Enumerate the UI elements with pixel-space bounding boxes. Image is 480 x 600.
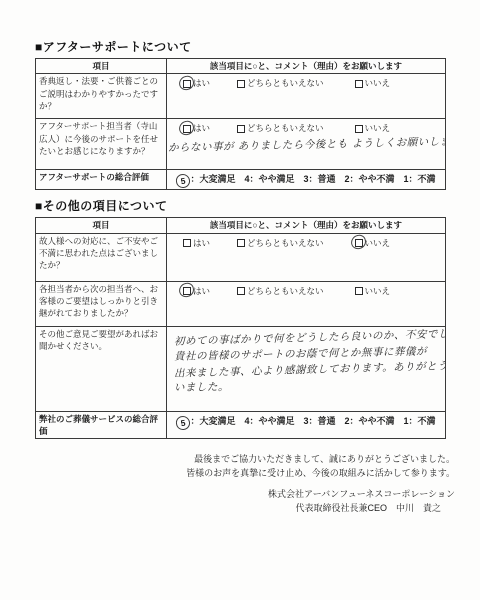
checkbox-circled — [182, 286, 191, 295]
company-name: 株式会社アーバンフューネスコーポレーション — [0, 488, 455, 502]
checkbox-icon — [237, 125, 245, 133]
column-header-response: 該当項目に○と、コメント（理由）をお願いします — [167, 218, 446, 233]
question-label: 香典返し・法要・ご供養ごとのご説明はわかりやすかったですか？ — [36, 74, 167, 119]
table-row: アフターサポートの総合評価 5：大変満足 4：やや満足 3：普通 2：やや不満 … — [36, 170, 446, 190]
table-header-row: 項目 該当項目に○と、コメント（理由）をお願いします — [36, 59, 446, 74]
checkbox-option-neutral: どちらともいえない — [236, 77, 324, 89]
section-title-other-items: ■その他の項目について — [35, 197, 480, 214]
answer-cell: はい どちらともいえない いいえ — [167, 74, 446, 119]
rating-cell: 5：大変満足 4：やや満足 3：普通 2：やや不満 1：不満 — [167, 170, 446, 190]
checkbox-icon — [355, 125, 363, 133]
table-header-row: 項目 該当項目に○と、コメント（理由）をお願いします — [36, 218, 446, 233]
table-row: 弊社のご葬儀サービスの総合評価 5：大変満足 4：やや満足 3：普通 2：やや不… — [36, 411, 446, 439]
checkbox-group: はい どちらともいえない いいえ — [170, 120, 442, 134]
checkbox-option-no: いいえ — [354, 122, 391, 134]
checkbox-option-yes: はい — [182, 285, 210, 297]
section-title-after-support: ■アフターサポートについて — [35, 0, 480, 55]
handwritten-comment: からない事が ありましたら今後とも ようしくお願いします — [168, 135, 442, 156]
ceo-signature: 代表取締役社長兼CEO 中川 貴之 — [0, 502, 455, 516]
checkbox-icon — [237, 80, 245, 88]
checkbox-option-neutral: どちらともいえない — [236, 122, 324, 134]
closing-message: 最後までご協力いただきまして、誠にありがとうございました。 皆様のお声を真摯に受… — [0, 453, 455, 515]
option-label: はい — [193, 237, 210, 249]
handwritten-comment-block: 初めての事ばかりで何をどうしたら良いのか、不安でしたが 貴社の皆様のサポートのお… — [170, 328, 442, 395]
answer-cell: はい どちらともいえない いいえ からない事が ありましたら今後とも ようしくお… — [167, 119, 446, 170]
rating-label: アフターサポートの総合評価 — [36, 170, 167, 190]
answer-cell: はい どちらともいえない いいえ — [167, 233, 446, 281]
option-label: はい — [193, 122, 210, 134]
checkbox-circled — [182, 79, 191, 88]
column-header-item: 項目 — [36, 59, 167, 74]
checkbox-option-neutral: どちらともいえない — [236, 285, 324, 297]
table-row: アフターサポート担当者（寺山 広人）に今後のサポートを任せたいとお感じになります… — [36, 119, 446, 170]
checkbox-circled — [354, 238, 363, 247]
rating-scale-text: ：大変満足 4：やや満足 3：普通 2：やや不満 1：不満 — [190, 174, 435, 184]
rating-cell: 5：大変満足 4：やや満足 3：普通 2：やや不満 1：不満 — [167, 411, 446, 439]
after-support-table: 項目 該当項目に○と、コメント（理由）をお願いします 香典返し・法要・ご供養ごと… — [35, 58, 446, 190]
rating-label: 弊社のご葬儀サービスの総合評価 — [36, 411, 167, 439]
checkbox-option-no: いいえ — [354, 77, 391, 89]
checkbox-icon — [237, 239, 245, 247]
option-label: いいえ — [365, 285, 391, 297]
question-label: その他ご意見ご要望があればお聞かせください。 — [36, 326, 167, 411]
checkbox-option-no: いいえ — [354, 237, 391, 249]
checkbox-icon — [355, 287, 363, 295]
checkbox-group: はい どちらともいえない いいえ — [170, 283, 442, 297]
checkbox-icon — [237, 287, 245, 295]
table-row: 香典返し・法要・ご供養ごとのご説明はわかりやすかったですか？ はい どちらともい… — [36, 74, 446, 119]
column-header-item: 項目 — [36, 218, 167, 233]
table-row: 各担当者から次の担当者へ、お客様のご要望はしっかりと引き継がれておりましたか？ … — [36, 281, 446, 326]
checkbox-icon — [183, 239, 191, 247]
option-label: どちらともいえない — [247, 77, 324, 89]
column-header-response: 該当項目に○と、コメント（理由）をお願いします — [167, 59, 446, 74]
other-items-table: 項目 該当項目に○と、コメント（理由）をお願いします 故人様への対応に、ご不安や… — [35, 217, 446, 439]
option-label: どちらともいえない — [247, 237, 324, 249]
option-label: どちらともいえない — [247, 122, 324, 134]
checkbox-icon — [355, 80, 363, 88]
checkbox-option-yes: はい — [182, 122, 210, 134]
option-label: どちらともいえない — [247, 285, 324, 297]
table-row: 故人様への対応に、ご不安やご不満に思われた点はございましたか？ はい どちらとも… — [36, 233, 446, 281]
rating-scale: 5：大変満足 4：やや満足 3：普通 2：やや不満 1：不満 — [170, 171, 442, 188]
checkbox-option-yes: はい — [182, 237, 210, 249]
handwritten-line: いました。 — [174, 377, 442, 397]
thanks-line-1: 最後までご協力いただきまして、誠にありがとうございました。 — [0, 453, 455, 467]
thanks-line-2: 皆様のお声を真摯に受け止め、今後の取組みに活かして参ります。 — [0, 467, 455, 481]
option-label: はい — [193, 285, 210, 297]
option-label: いいえ — [365, 237, 391, 249]
checkbox-group: はい どちらともいえない いいえ — [170, 235, 442, 249]
answer-cell: 初めての事ばかりで何をどうしたら良いのか、不安でしたが 貴社の皆様のサポートのお… — [167, 326, 446, 411]
checkbox-option-neutral: どちらともいえない — [236, 237, 324, 249]
checkbox-group: はい どちらともいえない いいえ — [170, 75, 442, 89]
question-label: 各担当者から次の担当者へ、お客様のご要望はしっかりと引き継がれておりましたか？ — [36, 281, 167, 326]
rating-scale: 5：大変満足 4：やや満足 3：普通 2：やや不満 1：不満 — [170, 413, 442, 430]
checkbox-circled — [182, 124, 191, 133]
question-label: アフターサポート担当者（寺山 広人）に今後のサポートを任せたいとお感じになります… — [36, 119, 167, 170]
scanned-survey-page: ■アフターサポートについて 項目 該当項目に○と、コメント（理由）をお願いします… — [0, 0, 480, 600]
checkbox-option-no: いいえ — [354, 285, 391, 297]
rating-scale-text: ：大変満足 4：やや満足 3：普通 2：やや不満 1：不満 — [190, 416, 435, 426]
table-row: その他ご意見ご要望があればお聞かせください。 初めての事ばかりで何をどうしたら良… — [36, 326, 446, 411]
option-label: いいえ — [365, 77, 391, 89]
question-label: 故人様への対応に、ご不安やご不満に思われた点はございましたか？ — [36, 233, 167, 281]
checkbox-option-yes: はい — [182, 77, 210, 89]
option-label: いいえ — [365, 122, 391, 134]
option-label: はい — [193, 77, 210, 89]
answer-cell: はい どちらともいえない いいえ — [167, 281, 446, 326]
